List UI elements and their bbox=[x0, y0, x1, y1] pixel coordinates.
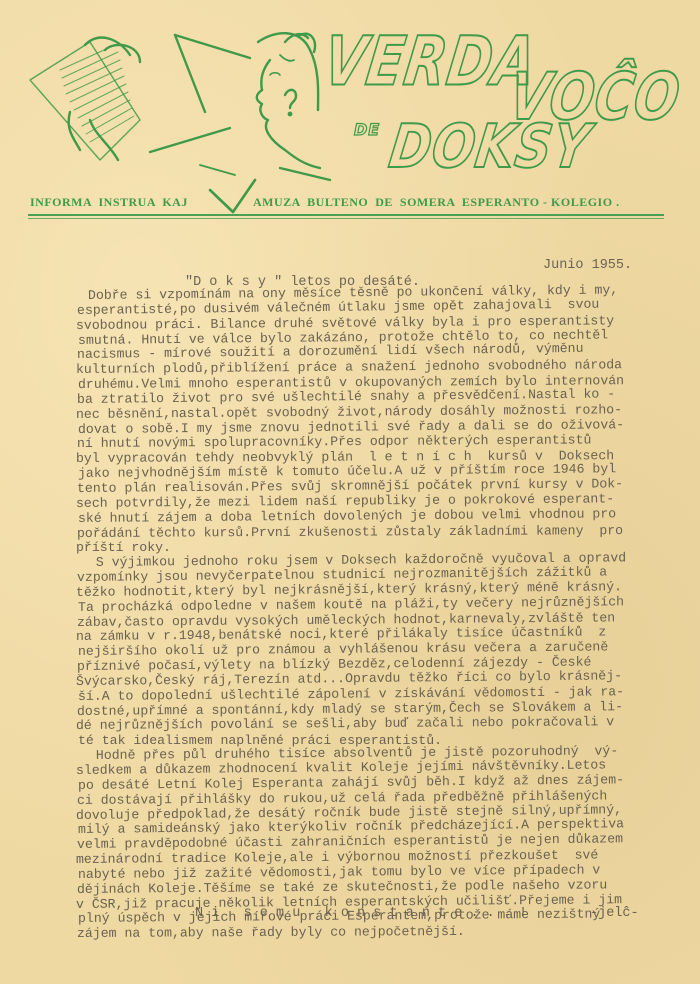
article-line: dé nejrůznějších povolání se sešli,aby b… bbox=[76, 715, 678, 734]
signature: -jelĉ- bbox=[590, 906, 639, 921]
v-mark-icon bbox=[210, 180, 255, 212]
masthead: VERDA VOĈO DE DOKSY INFORMA INSTRUA KAJ … bbox=[0, 0, 700, 230]
tagline-right: AMUZA BULTENO DE SOMERA ESPERANTO - KOLE… bbox=[253, 195, 620, 210]
title-doksy: DOKSY bbox=[385, 112, 595, 182]
masthead-rule-thin bbox=[28, 218, 664, 219]
article-line: zájem na tom,aby naše řady byly co nejpo… bbox=[77, 924, 678, 942]
article-line: pořádání těchto kursů.První zkušenosti z… bbox=[77, 523, 678, 541]
tagline-left: INFORMA INSTRUA KAJ bbox=[30, 195, 188, 210]
issue-date: Junio 1955. bbox=[543, 258, 632, 273]
title-de: DE bbox=[354, 120, 380, 139]
article-body: Dobře si vzpomínám na ony měsíce těsně p… bbox=[78, 289, 678, 942]
profile-face-icon bbox=[257, 33, 320, 168]
title-verda: VERDA bbox=[319, 22, 542, 101]
notepad-icon bbox=[30, 38, 140, 160]
closing-line: N i s e m u k o n s t a n t e . . . ! bbox=[195, 906, 527, 921]
masthead-rule bbox=[28, 214, 664, 216]
star-icon bbox=[150, 35, 330, 212]
